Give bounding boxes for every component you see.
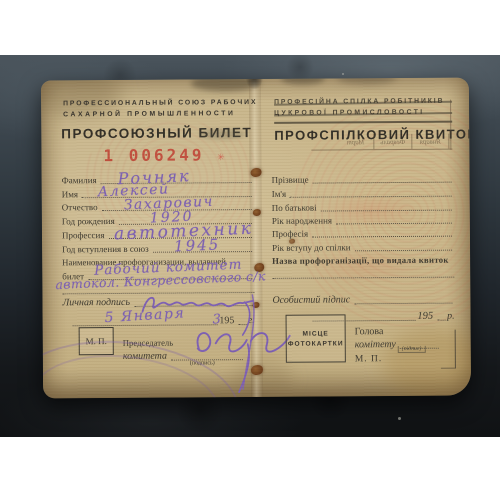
field-label: Ім'я: [272, 189, 287, 199]
photo-place-box: МІСЦЕ ФОТОКАРТКИ: [286, 314, 346, 362]
photo-background: ПРОФЕССИОНАЛЬНЫЙ СОЮЗ РАБОЧИХ САХАРНОЙ П…: [0, 55, 500, 437]
field-label: Отчество: [62, 202, 98, 212]
field-label: Год рождения: [62, 216, 115, 226]
dotted-leader: [313, 173, 452, 184]
bleed-month: Февраль: [375, 134, 412, 149]
photo-box-label-line2: ФОТОКАРТКИ: [288, 340, 344, 347]
union-card-booklet: ПРОФЕССИОНАЛЬНЫЙ СОЮЗ РАБОЧИХ САХАРНОЙ П…: [41, 78, 471, 399]
rust-spot: [253, 209, 261, 216]
personal-signature-label-ua: Особистий підпис: [272, 294, 350, 306]
field-row-birthyear-ua: Рік народження: [272, 214, 454, 226]
issuing-org-label-ua: Назва профорганізації, що видала квиток: [272, 255, 449, 266]
seam-notch: [246, 78, 263, 90]
head-label-line2: комітету: [355, 339, 396, 350]
signature-bracket: [441, 330, 456, 369]
seal-abbr-ua: М. П.: [355, 354, 383, 364]
field-label: Фамилия: [62, 175, 97, 185]
dotted-leader: [336, 214, 452, 225]
dust-speck: [398, 417, 401, 420]
bleed-month: Март: [337, 134, 374, 149]
dotted-leader: [437, 311, 445, 321]
field-row-profession-ua: Професія: [272, 227, 454, 239]
field-label: Рік народження: [272, 215, 332, 225]
field-label: Прізвище: [272, 175, 309, 185]
stain: [337, 78, 397, 85]
head-label-line1: Голова: [355, 326, 384, 337]
ink-tail: [234, 293, 259, 393]
signature-caption-ua: (підпис): [398, 346, 426, 353]
bleed-month: Января: [412, 134, 449, 149]
field-row-joinyear-ua: Рік вступу до спілки: [272, 241, 454, 253]
dotted-leader: [354, 294, 452, 305]
personal-signature-row-ua: Особистий підпис: [272, 294, 454, 306]
header-rule: [274, 121, 452, 124]
field-label: Имя: [62, 189, 78, 199]
field-label: Професія: [272, 229, 308, 239]
serial-digits: 1 006249: [103, 145, 204, 165]
printed-year-ua: 195: [417, 311, 433, 322]
bleed-table-rule: [450, 100, 451, 150]
field-row-firstname-ua: Ім'я: [272, 187, 454, 199]
personal-signature-label: Личная подпись: [62, 297, 130, 308]
dotted-leader: [355, 241, 453, 252]
left-card-title: ПРОФСОЮЗНЫЙ БИЛЕТ: [61, 125, 252, 141]
field-label: Рік вступу до спілки: [272, 242, 351, 253]
handwritten-joinyear: 1945: [174, 235, 221, 255]
left-org-name-line1: ПРОФЕССИОНАЛЬНЫЙ СОЮЗ РАБОЧИХ: [63, 99, 257, 107]
field-row-joinyear: Год вступления в союз: [62, 242, 254, 254]
field-label: По батькові: [272, 203, 317, 213]
left-org-name-line2: САХАРНОЙ ПРОМЫШЛЕННОСТИ: [63, 110, 235, 118]
bleed-table-rule: [311, 149, 452, 151]
bleed-through-months-table: Января Февраль Март: [337, 134, 449, 150]
field-label: Год вступления в союз: [62, 244, 149, 255]
field-row-patronymic-ua: По батькові: [272, 201, 454, 213]
dust-speck: [342, 73, 344, 75]
serial-number: 1 006249 ✳: [103, 145, 224, 165]
stain: [281, 78, 325, 85]
stain: [41, 78, 122, 116]
field-row-surname-ua: Прізвище: [272, 173, 454, 185]
dotted-leader: [321, 201, 452, 212]
dotted-leader: [272, 276, 454, 279]
field-label: Профессия: [62, 230, 105, 240]
dotted-leader: [312, 227, 452, 238]
dotted-leader: [290, 187, 452, 198]
photo-box-label-line1: МІСЦЕ: [302, 330, 328, 337]
serial-star-icon: ✳: [217, 149, 224, 163]
year-suffix-ua: р.: [447, 311, 455, 322]
